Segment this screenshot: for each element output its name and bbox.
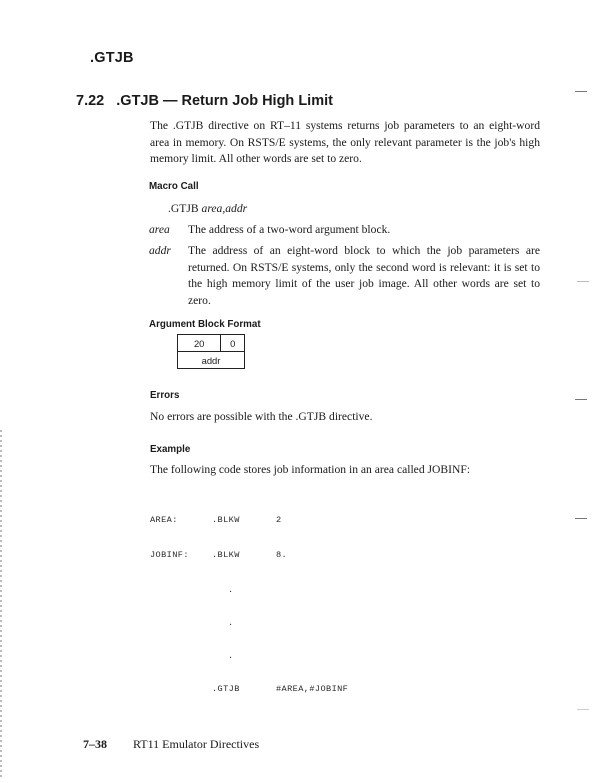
intro-paragraph: The .GTJB directive on RT–11 systems ret… [150,118,540,168]
code-line: .GTJB #AREA,#JOBINF [150,684,348,696]
block-cell: 0 [221,335,245,352]
example-text: The following code stores job informatio… [150,462,550,479]
code-op: .BLKW [212,515,276,527]
macro-directive: .GTJB [168,202,199,215]
margin-tick [577,709,589,710]
example-heading: Example [150,444,190,455]
page-footer: 7–38 RT11 Emulator Directives [83,737,259,752]
chapter-title: RT11 Emulator Directives [133,737,259,751]
section-number: 7.22 [76,93,104,109]
margin-tick [575,518,587,519]
block-cell: addr [178,352,245,369]
code-label: AREA: [150,515,212,527]
section-title: 7.22 .GTJB — Return Job High Limit [76,93,333,109]
argument-description: The address of an eight-word block to wh… [188,243,540,309]
argument-block-diagram: 20 0 addr [177,334,245,369]
errors-text: No errors are possible with the .GTJB di… [150,409,540,426]
margin-tick [577,281,589,282]
code-arg: 8. [276,550,287,562]
code-label: JOBINF: [150,550,212,562]
page-number: 7–38 [83,737,130,752]
code-label [150,684,212,696]
code-ellipsis: . [150,651,348,661]
margin-tick [575,91,587,92]
macro-call-heading: Macro Call [149,181,199,192]
argument-block-heading: Argument Block Format [149,319,261,330]
argument-description: The address of a two-word argument block… [188,222,540,239]
argument-area: area The address of a two-word argument … [149,222,540,239]
argument-name: area [149,222,188,239]
macro-call-syntax: .GTJB area,addr [168,202,247,215]
code-ellipsis: . [150,585,348,595]
argument-name: addr [149,243,188,309]
errors-heading: Errors [150,390,179,401]
margin-tick [575,399,587,400]
block-cell: 20 [178,335,221,352]
code-ellipsis: . [150,618,348,628]
code-op: .BLKW [212,550,276,562]
code-example: AREA: .BLKW 2 JOBINF: .BLKW 8. . . . .GT… [150,492,348,708]
scan-edge [0,430,2,780]
code-arg: #AREA,#JOBINF [276,684,348,696]
running-head: .GTJB [90,50,134,66]
section-title-text: .GTJB — Return Job High Limit [116,93,333,109]
code-arg: 2 [276,515,282,527]
code-line: JOBINF: .BLKW 8. [150,550,348,562]
argument-addr: addr The address of an eight-word block … [149,243,540,309]
code-line: AREA: .BLKW 2 [150,515,348,527]
code-op: .GTJB [212,684,276,696]
macro-args: area,addr [202,202,248,215]
